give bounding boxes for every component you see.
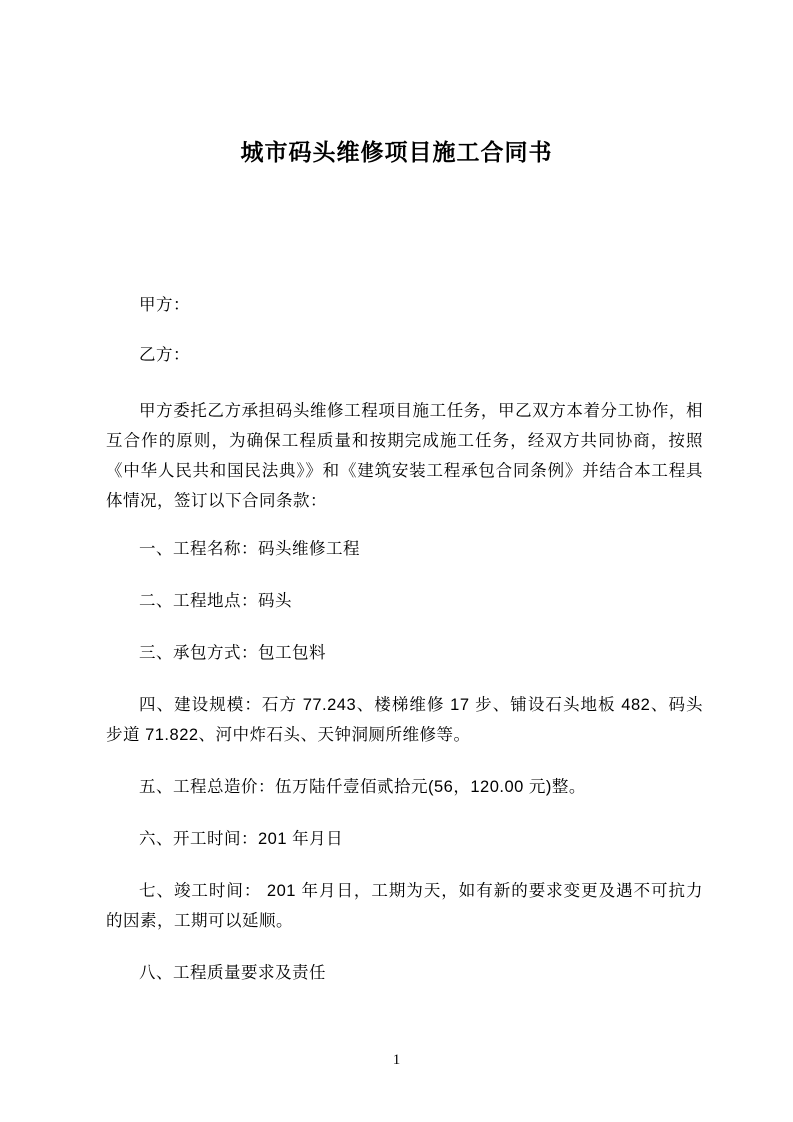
clause-item-2: 二、工程地点：码头 <box>106 586 703 616</box>
document-title: 城市码头维修项目施工合同书 <box>98 139 695 166</box>
clause-item-3: 三、承包方式：包工包料 <box>106 638 703 668</box>
party-b-line: 乙方： <box>106 340 703 370</box>
document-page: 城市码头维修项目施工合同书 甲方： 乙方： 甲方委托乙方承担码头维修工程项目施工… <box>0 0 793 1122</box>
party-a-line: 甲方： <box>106 290 703 320</box>
clause-item-5: 五、工程总造价：伍万陆仟壹佰贰拾元(56，120.00 元)整。 <box>106 772 703 802</box>
clause-item-7: 七、竣工时间： 201 年月日，工期为天，如有新的要求变更及遇不可抗力的因素，工… <box>106 876 703 936</box>
clause-item-4: 四、建设规模：石方 77.243、楼梯维修 17 步、铺设石头地板 482、码头… <box>106 690 703 750</box>
clause-item-1: 一、工程名称：码头维修工程 <box>106 534 703 564</box>
clause-item-6: 六、开工时间：201 年月日 <box>106 824 703 854</box>
preamble-paragraph: 甲方委托乙方承担码头维修工程项目施工任务，甲乙双方本着分工协作，相互合作的原则，… <box>106 396 703 516</box>
page-number: 1 <box>0 1052 793 1068</box>
clause-item-8: 八、工程质量要求及责任 <box>106 958 703 988</box>
